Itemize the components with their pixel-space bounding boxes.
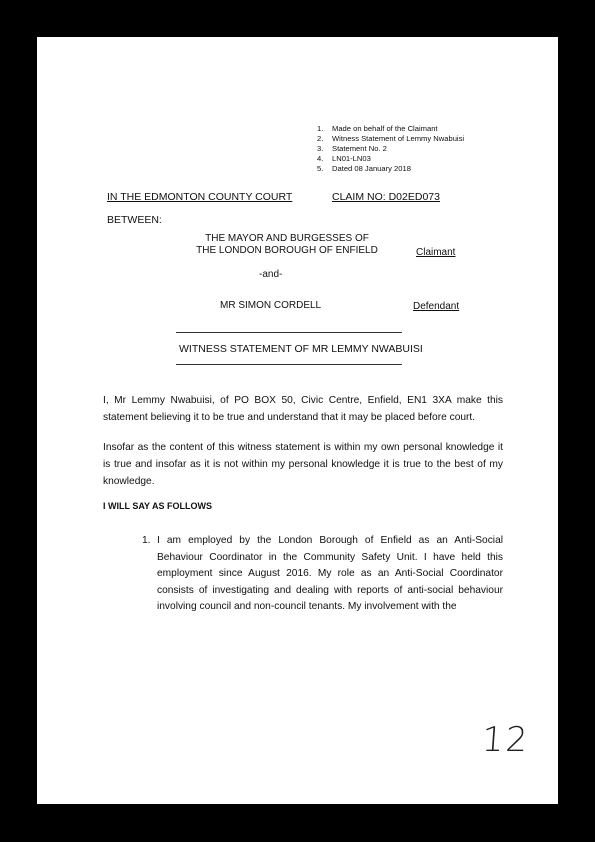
metadata-item: 3.Statement No. 2 <box>317 144 464 154</box>
metadata-item: 2.Witness Statement of Lemmy Nwabuisi <box>317 134 464 144</box>
paragraph-text: I am employed by the London Borough of E… <box>157 533 503 616</box>
statement-title: WITNESS STATEMENT OF MR LEMMY NWABUISI <box>179 343 423 355</box>
paragraph-number: 1. <box>142 533 151 550</box>
intro-paragraph: I, Mr Lemmy Nwabuisi, of PO BOX 50, Civi… <box>103 392 503 426</box>
claimant-label: Claimant <box>416 247 455 258</box>
defendant-name: MR SIMON CORDELL <box>220 300 321 311</box>
defendant-label: Defendant <box>413 301 459 312</box>
metadata-item: 4.LN01-LN03 <box>317 154 464 164</box>
metadata-list: 1.Made on behalf of the Claimant 2.Witne… <box>317 124 464 174</box>
metadata-item: 1.Made on behalf of the Claimant <box>317 124 464 134</box>
section-heading: I WILL SAY AS FOLLOWS <box>103 501 212 511</box>
knowledge-paragraph: Insofar as the content of this witness s… <box>103 439 503 490</box>
handwritten-page-number: 12 <box>481 720 531 760</box>
between-label: BETWEEN: <box>107 214 162 226</box>
court-name: IN THE EDMONTON COUNTY COURT <box>107 191 292 203</box>
claimant-name: THE MAYOR AND BURGESSES OF THE LONDON BO… <box>187 233 387 257</box>
title-rule-bottom <box>176 364 402 365</box>
metadata-item: 5.Dated 08 January 2018 <box>317 164 464 174</box>
document-page: 1.Made on behalf of the Claimant 2.Witne… <box>37 37 558 804</box>
numbered-paragraph: 1. I am employed by the London Borough o… <box>142 533 503 616</box>
and-separator: -and- <box>259 269 282 280</box>
claim-number: CLAIM NO: D02ED073 <box>332 191 440 203</box>
title-rule-top <box>176 332 402 333</box>
